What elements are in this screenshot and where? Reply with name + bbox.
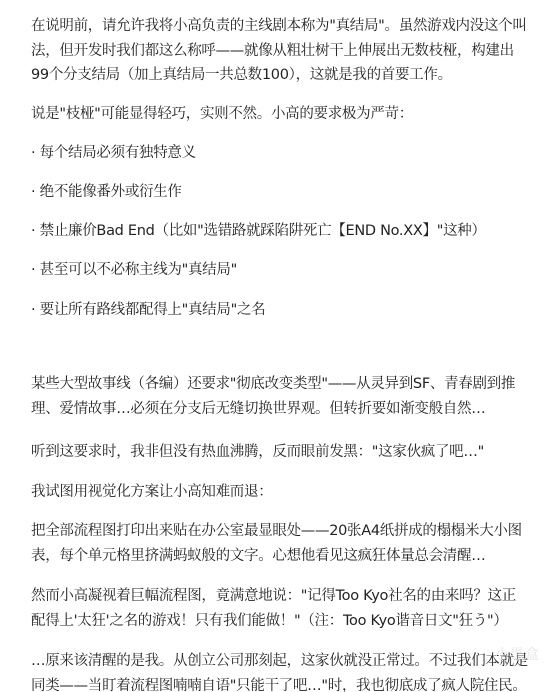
text-line: 配得上'太狂'之名的游戏！只有我们能做！"（注：Too Kyo谐音日文"狂う"） (31, 609, 516, 634)
bullet-item: · 要让所有路线都配得上"真结局"之名 (31, 298, 265, 323)
text-line: 同类——当盯着流程图喃喃自语"只能干了吧…"时，我也彻底成了疯人院住民。 (31, 674, 528, 692)
bullet-item: · 禁止廉价Bad End（比如"选错路就踩陷阱死亡【END No.XX】"这种… (31, 219, 486, 244)
text-line: 在说明前，请允许我将小高负责的主线剧本称为"真结局"。虽然游戏内没这个叫 (31, 14, 527, 39)
paragraph-genre-change: 某些大型故事线（各编）还要求"彻底改变类型"——从灵异到SF、青春剧到推 理、爱… (31, 372, 515, 421)
bullet-item: · 绝不能像番外或衍生作 (31, 180, 182, 205)
text-line: 然而小高凝视着巨幅流程图，竟满意地说："记得Too Kyo社名的由来吗？这正 (31, 584, 516, 609)
text-line: 我试图用视觉化方案让小高知难而退： (31, 480, 272, 505)
paragraph-response: 然而小高凝视着巨幅流程图，竟满意地说："记得Too Kyo社名的由来吗？这正 配… (31, 584, 516, 633)
paragraph-intro: 在说明前，请允许我将小高负责的主线剧本称为"真结局"。虽然游戏内没这个叫 法，但… (31, 14, 527, 88)
watermark-logo: 小黑盒 (495, 644, 540, 664)
text-line: 某些大型故事线（各编）还要求"彻底改变类型"——从灵异到SF、青春剧到推 (31, 372, 515, 397)
paragraph-requirements: 说是"枝桠"可能显得轻巧，实则不然。小高的要求极为严苛： (31, 102, 413, 127)
text-line: …原来该清醒的是我。从创立公司那刻起，这家伙就没正常过。不过我们本就是 (31, 649, 528, 674)
text-line: 法，但开发时我们都这么称呼——就像从粗壮树干上伸展出无数枝桠，构建出 (31, 39, 527, 64)
text-line: 听到这要求时，我非但没有热血沸腾，反而眼前发黑："这家伙疯了吧…" (31, 440, 484, 465)
paragraph-conclusion: …原来该清醒的是我。从创立公司那刻起，这家伙就没正常过。不过我们本就是 同类——… (31, 649, 528, 692)
bullet-item: · 甚至可以不必称主线为"真结局" (31, 258, 237, 283)
text-line: 理、爱情故事…必须在分支后无缝切换世界观。但转折要如渐变般自然… (31, 397, 515, 422)
text-line: 表，每个单元格里挤满蚂蚁般的文字。心想他看见这疯狂体量总会清醒… (31, 544, 522, 569)
paragraph-flowchart: 把全部流程图打印出来贴在办公室最显眼处——20张A4纸拼成的榻榻米大小图 表，每… (31, 519, 522, 568)
text-line: 说是"枝桠"可能显得轻巧，实则不然。小高的要求极为严苛： (31, 102, 413, 127)
bullet-item: · 每个结局必须有独特意义 (31, 141, 196, 166)
text-line: 把全部流程图打印出来贴在办公室最显眼处——20张A4纸拼成的榻榻米大小图 (31, 519, 522, 544)
paragraph-attempt: 我试图用视觉化方案让小高知难而退： (31, 480, 272, 505)
paragraph-reaction: 听到这要求时，我非但没有热血沸腾，反而眼前发黑："这家伙疯了吧…" (31, 440, 484, 465)
text-line: 99个分支结局（加上真结局一共总数100），这就是我的首要工作。 (31, 63, 527, 88)
